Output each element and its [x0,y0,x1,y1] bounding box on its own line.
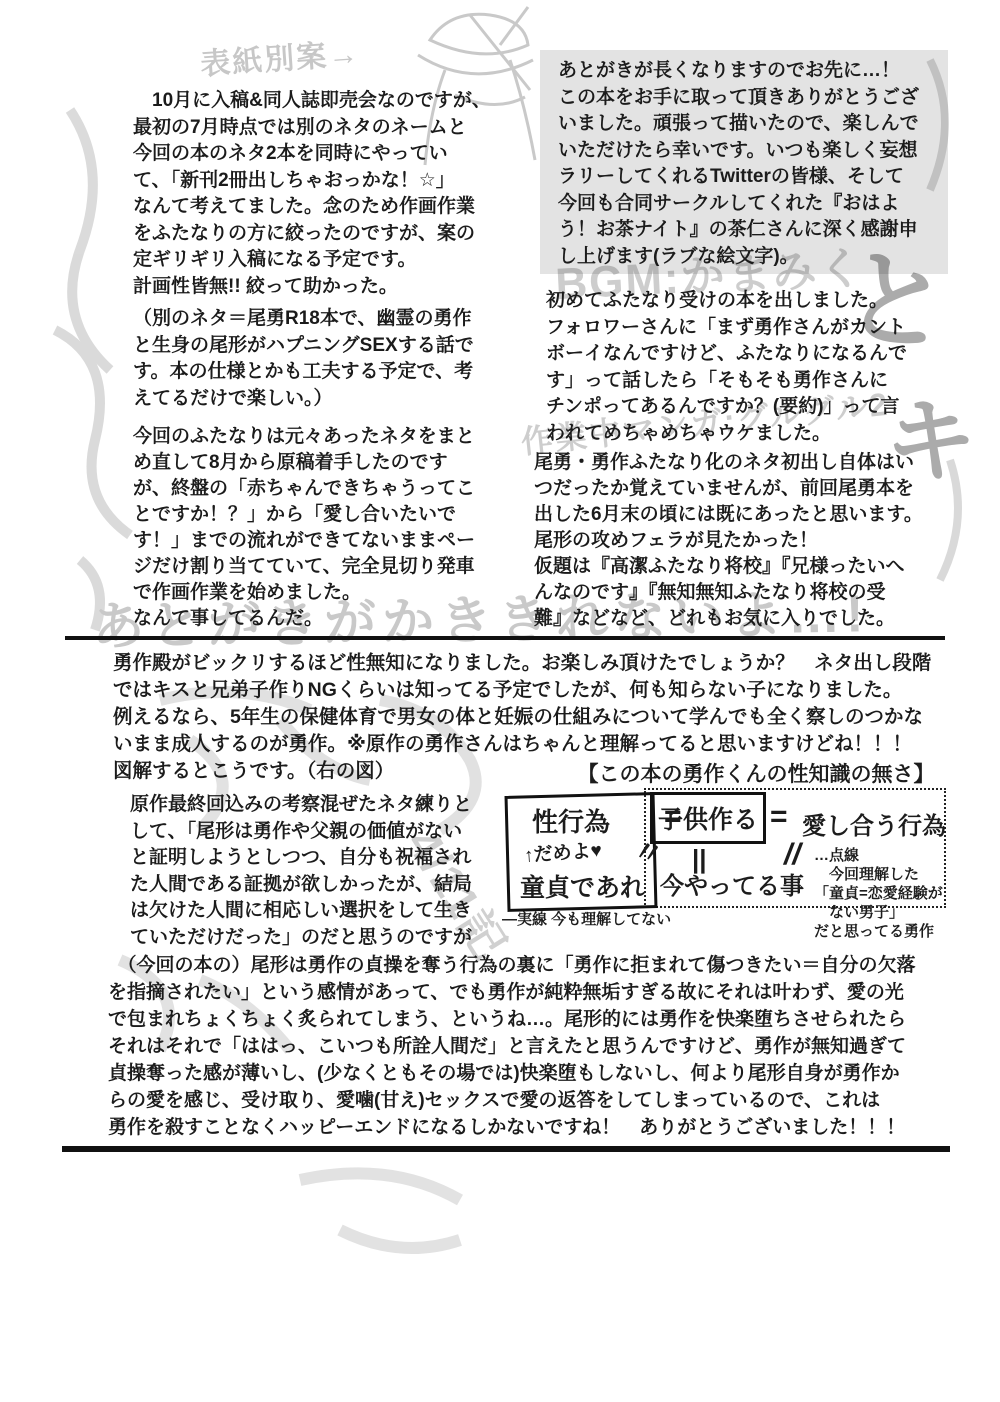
right-column-paragraph-1: あとがきが長くなりますのでお先に…！ この本をお手に取って頂きありがとうござ い… [558,58,948,270]
diagram-love-act-label: 愛し合う行為 [802,806,946,841]
analysis-paragraph: 原作最終回込みの考察混ぜたネタ練りと して、「尾形は勇作や父親の価値がない と証… [130,792,528,951]
diagram-title: 【この本の勇作くんの性知識の無さ】 [556,758,956,788]
diagram-make-babies-box: 子供作る [650,792,766,844]
left-column-paragraph-1: 10月に入稿&同人誌即売会なのですが、 最初の7月時点では別のネタのネームと 今… [133,88,535,300]
sex-knowledge-diagram: 【この本の勇作くんの性知識の無さ】 性行為 ↑だめよ♥ 童貞であれ = 〃 子供… [498,756,968,956]
right-column-paragraph-3: 尾勇・勇作ふたなり化のネタ初出し自体はい つだったか覚えていませんが、前回尾勇本… [534,450,952,632]
section-divider-bottom [62,1146,950,1152]
diagram-now-doing-label: 今やってる事 [660,866,804,901]
right-column-paragraph-2: 初めてふたなり受けの本を出しました。 フォロワーさんに「まず勇作さんがカント ボ… [546,288,946,447]
diagram-legend-dotted: …点線 今回理解した 「童貞=恋愛経験が ない男子」 だと思ってる勇作 [814,846,969,941]
left-column-paragraph-3: 今回のふたなりは元々あったネタをまと め直して8月から原稿着手したのです が、終… [133,424,535,632]
diagram-legend-solid: —実線 今も理解してない [502,910,742,929]
left-column-paragraph-2: （別のネタ＝尾勇R18本で、幽霊の勇作 と生身の尾形がハプニングSEXする話で … [133,306,535,412]
diagram-dame-note: ↑だめよ♥ [523,835,602,867]
closing-paragraph: （今回の本の）尾形は勇作の貞操を奪う行為の裏に「勇作に拒まれて傷つきたい＝自分の… [108,952,960,1141]
diagram-sex-act-label: 性行為 [532,802,610,839]
diagram-equals-2: = [770,800,788,834]
diagram-virgin-label: 童貞であれ [520,868,645,904]
section-divider-top [65,636,945,640]
diagram-make-babies-label: 子供作る [658,800,758,836]
afterword-page: 表紙別案→ BGM:かまみく 作業中マンガ:グルグル2 あとがきがかききれないよ… [0,0,1000,1402]
